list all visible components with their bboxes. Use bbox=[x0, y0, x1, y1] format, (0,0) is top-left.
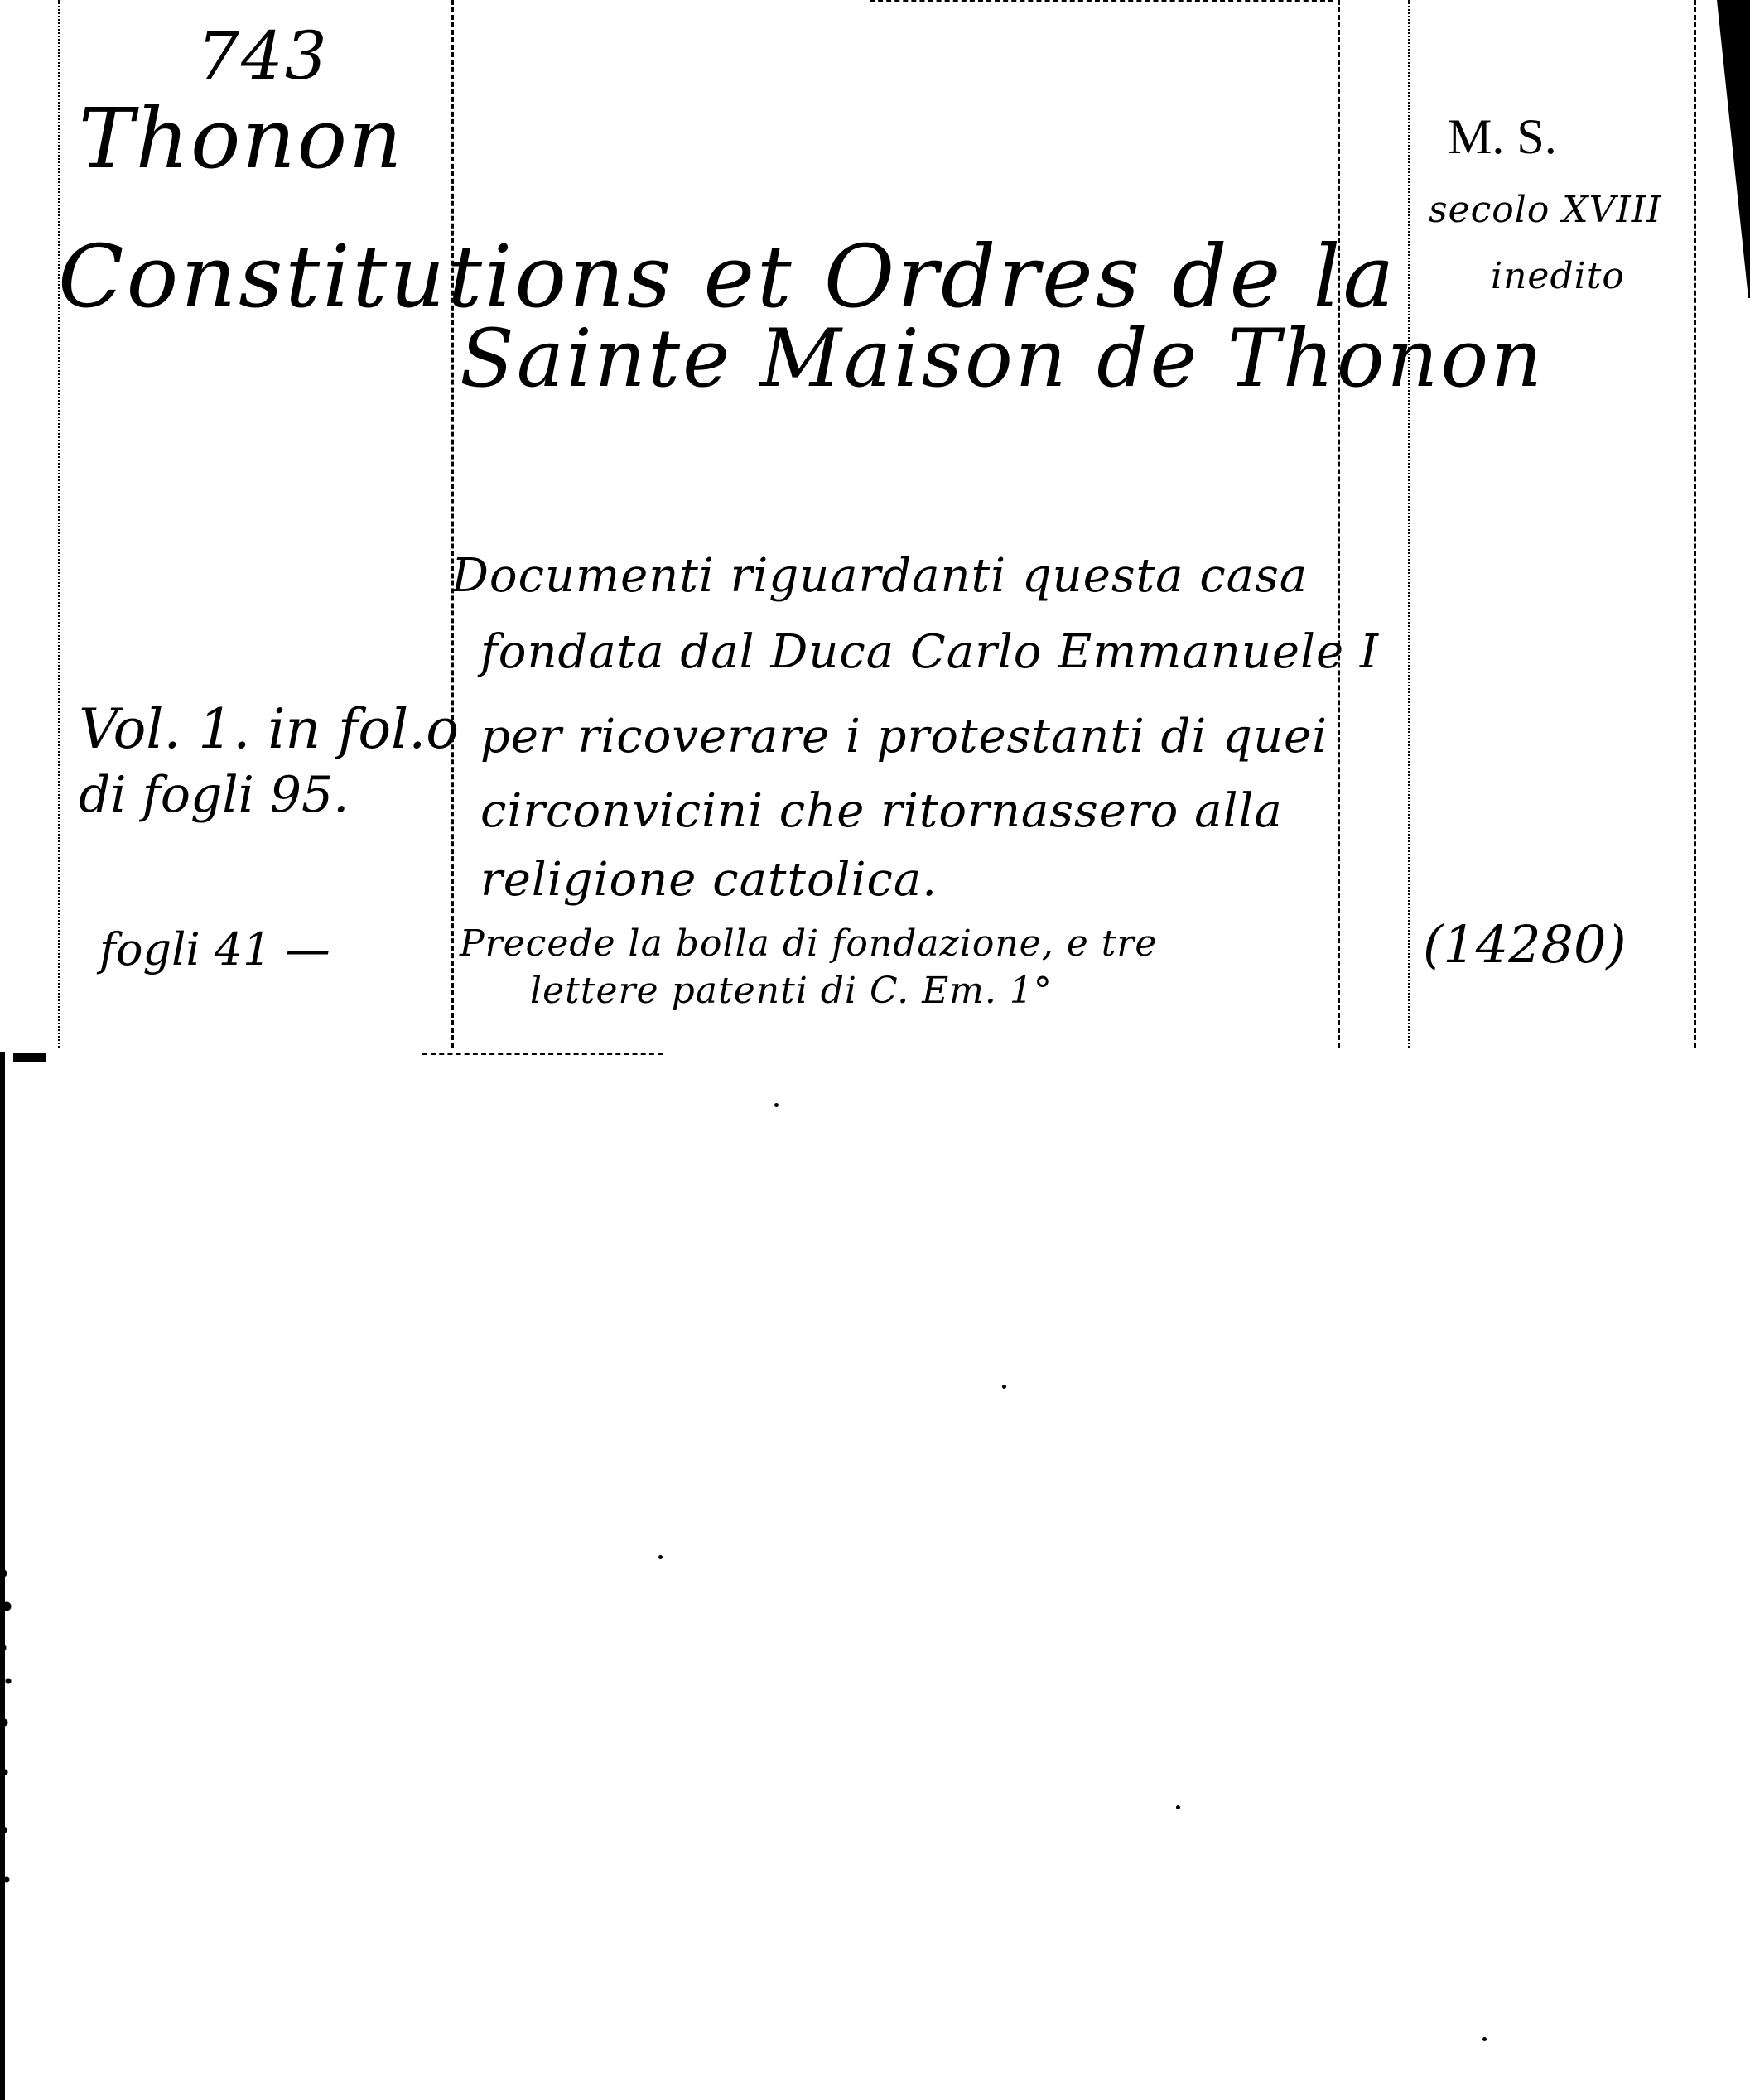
card-bottom-rule-left bbox=[13, 1053, 46, 1062]
volume-line-2: di fogli 95. bbox=[79, 770, 349, 820]
column-rule-title bbox=[451, 0, 454, 1048]
description-line-1: Documenti riguardanti questa casa bbox=[451, 553, 1308, 600]
folio-note: fogli 41 — bbox=[99, 927, 330, 972]
scan-speck bbox=[1482, 2037, 1487, 2041]
scan-shadow-edge bbox=[1717, 0, 1750, 298]
inventory-number: (14280) bbox=[1423, 919, 1627, 971]
column-rule-desc-right bbox=[1338, 0, 1340, 1048]
column-rule-meta-right bbox=[1694, 0, 1696, 1048]
column-rule-meta-left bbox=[1408, 0, 1410, 1048]
scan-speck bbox=[658, 1555, 663, 1559]
scan-speck bbox=[1002, 1385, 1006, 1389]
volume-line-1: Vol. 1. in fol.o bbox=[79, 702, 459, 757]
description-line-4: circonvicini che ritornassero alla bbox=[480, 788, 1283, 835]
description-note-line-2: lettere patenti di C. Em. 1° bbox=[530, 973, 1053, 1009]
title-line-2: Sainte Maison de Thonon bbox=[460, 319, 1545, 398]
description-line-5: religione cattolica. bbox=[480, 857, 938, 903]
card-number: 743 bbox=[197, 23, 329, 89]
column-rule-left bbox=[58, 0, 60, 1048]
place-name: Thonon bbox=[79, 98, 403, 181]
description-note-line-1: Precede la bolla di fondazione, e tre bbox=[460, 926, 1157, 962]
century-label: secolo XVIII bbox=[1429, 192, 1662, 229]
card-bottom-rule bbox=[422, 1053, 663, 1055]
card-top-rule bbox=[870, 0, 1333, 2]
scanned-page: 743 Thonon Constitutions et Ordres de la… bbox=[0, 0, 1750, 2100]
manuscript-label: M. S. bbox=[1448, 112, 1557, 161]
status-label: inedito bbox=[1491, 258, 1625, 295]
scan-speck bbox=[1176, 1805, 1180, 1809]
scan-speck bbox=[774, 1103, 779, 1107]
scan-noise bbox=[0, 1557, 18, 1905]
description-line-3: per ricoverare i protestanti di quei bbox=[480, 714, 1328, 760]
description-line-2: fondata dal Duca Carlo Emmanuele I bbox=[480, 629, 1379, 676]
title-line-1: Constitutions et Ordres de la bbox=[58, 234, 1397, 320]
catalog-card: 743 Thonon Constitutions et Ordres de la… bbox=[0, 0, 1750, 1050]
